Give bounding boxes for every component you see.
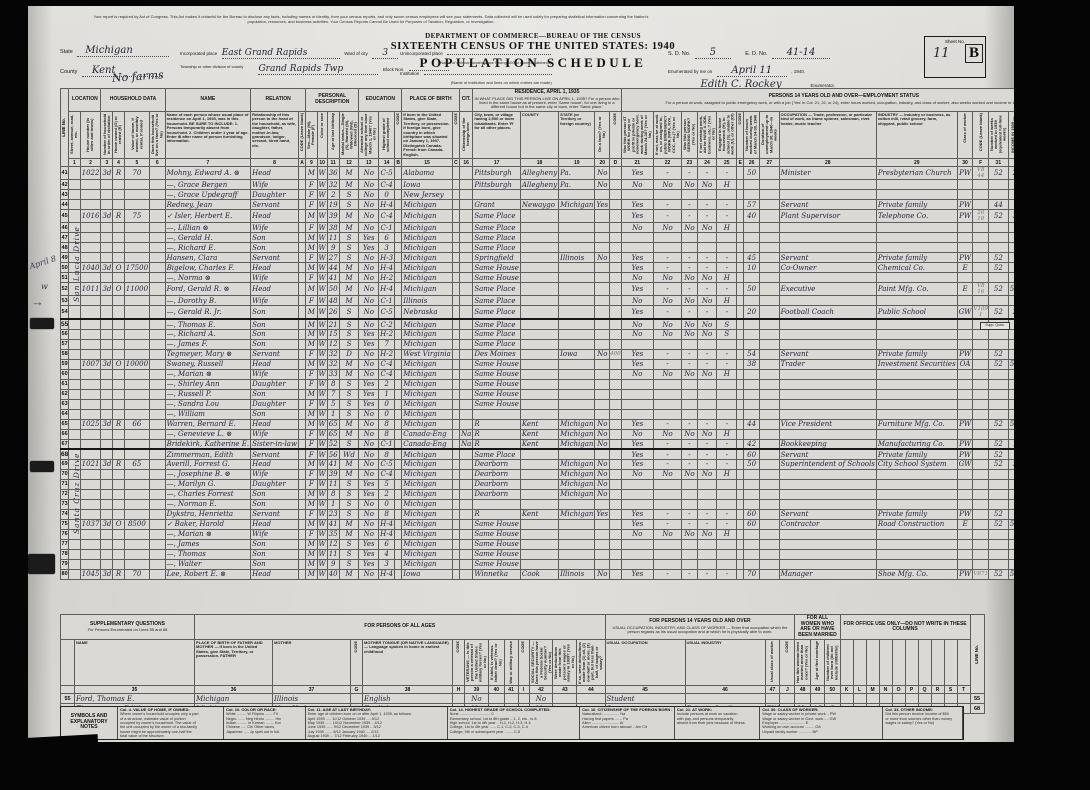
cell	[150, 459, 166, 469]
cell	[957, 469, 973, 479]
cell: No	[682, 319, 698, 329]
cell: Same Place	[473, 319, 521, 329]
cell: W	[317, 369, 327, 379]
cell: S	[339, 409, 359, 419]
cell	[595, 529, 610, 539]
cell: Paint Mfg. Co.	[876, 283, 957, 296]
cell	[298, 339, 305, 349]
cell: F	[306, 180, 317, 190]
cell	[460, 449, 473, 459]
cell: Head	[251, 359, 299, 369]
cell	[759, 200, 779, 210]
cell	[298, 519, 305, 529]
table-row: 46—, Lillian ⊗WifeFW38MNoC-1MichiganSame…	[61, 223, 1075, 233]
cell	[759, 459, 779, 469]
cell	[298, 539, 305, 549]
cell: Yes	[621, 349, 653, 359]
cell	[150, 449, 166, 459]
cell: 49	[61, 253, 69, 263]
table-row: 8010453dR70Lee, Robert E. ⊗HeadMW40MNoH-…	[61, 569, 1075, 579]
cell	[957, 243, 973, 253]
cell: S	[339, 439, 359, 449]
cell	[559, 549, 595, 559]
cell: V8 44	[973, 167, 988, 180]
cell: W	[317, 479, 327, 489]
cell: 52	[988, 210, 1008, 223]
cell: -	[653, 569, 681, 579]
cell: S	[339, 339, 359, 349]
cell	[101, 379, 113, 389]
table-row: 55Ford, Thomas E.MichiganIllinoisEnglish…	[61, 694, 985, 704]
cell	[973, 389, 988, 399]
cell	[759, 253, 779, 263]
cell: Same Place	[473, 329, 521, 339]
cell	[759, 389, 779, 399]
cell: M	[339, 519, 359, 529]
column-description: Highest grade of school completed	[379, 111, 395, 159]
cell: W	[317, 253, 327, 263]
cell: Bookkeeping	[779, 439, 876, 449]
cell: No	[697, 529, 717, 539]
cell: No	[621, 469, 653, 479]
cell	[80, 469, 101, 479]
cell	[759, 429, 779, 439]
cell: M	[306, 359, 317, 369]
cell: -	[682, 509, 698, 519]
cell: Michigan	[402, 469, 453, 479]
column-description: Age at last birthday	[327, 111, 339, 159]
note-line: Unpaid family worker ............ NP	[762, 730, 880, 734]
cell: H	[717, 223, 737, 233]
cell	[80, 296, 101, 306]
cell	[876, 469, 957, 479]
cell: Head	[251, 210, 299, 223]
cell	[779, 539, 876, 549]
cell: 35	[327, 529, 339, 539]
cell: 56	[327, 449, 339, 459]
cell	[595, 519, 610, 529]
cell	[759, 329, 779, 339]
cell: -	[717, 569, 737, 579]
cell	[744, 409, 760, 419]
cell: 46	[61, 223, 69, 233]
column-description: Number of household in order of visitati…	[101, 111, 113, 159]
cell: 52	[988, 263, 1008, 273]
cell	[744, 389, 760, 399]
cell: -	[653, 419, 681, 429]
cell: 23	[327, 509, 339, 519]
column-number: 18	[520, 159, 558, 167]
cell: 8500	[124, 519, 149, 529]
cell: F	[306, 200, 317, 210]
table-row: 57—, James F.SonMW12SYes7MichiganSame Pl…	[61, 339, 1075, 349]
column-description: City, town, or village having 2,500 or m…	[473, 111, 521, 159]
cell	[577, 694, 605, 704]
cell	[452, 419, 459, 429]
cell	[876, 429, 957, 439]
cell	[113, 200, 124, 210]
cell	[973, 539, 988, 549]
cell	[682, 190, 698, 200]
cell: S	[339, 479, 359, 489]
cell: R	[473, 419, 521, 429]
cell: 10000	[124, 359, 149, 369]
cell	[737, 200, 744, 210]
cell: GW	[957, 306, 973, 320]
cell	[113, 559, 124, 569]
cell: W	[317, 389, 327, 399]
cell	[124, 499, 149, 509]
cell: No	[653, 296, 681, 306]
cell	[779, 243, 876, 253]
cell: H-3	[379, 253, 395, 263]
cell	[559, 559, 595, 569]
table-row: 6910213dR65Averill, Forrest G.HeadMW41MN…	[61, 459, 1075, 469]
cell	[610, 200, 622, 210]
state-field: State Michigan	[60, 40, 169, 58]
cell: 40	[327, 569, 339, 579]
cell: 3d	[101, 210, 113, 223]
cell	[460, 283, 473, 296]
cell: H-4	[379, 519, 395, 529]
cell: S	[717, 319, 737, 329]
cell: M	[306, 263, 317, 273]
table-row: 42—, Grace BergenWifeFW32MNoC-4IowaPitts…	[61, 180, 1075, 190]
cell	[744, 329, 760, 339]
cell	[973, 419, 988, 429]
cell: PW	[957, 200, 973, 210]
cell	[101, 489, 113, 499]
cell: 72	[61, 489, 69, 499]
column-description: MOTHER TONGUE (OR NATIVE LANGUAGE) — Lan…	[363, 640, 453, 686]
cell: 70	[61, 469, 69, 479]
cell: 8	[327, 379, 339, 389]
cell: —, Lillian ⊗	[165, 223, 251, 233]
cell: 58	[61, 349, 69, 359]
cell: No	[359, 439, 379, 449]
cell: Same House	[473, 519, 521, 529]
cell	[298, 223, 305, 233]
cell	[150, 200, 166, 210]
cell	[737, 359, 744, 369]
cell: Michigan	[402, 223, 453, 233]
cell	[150, 167, 166, 180]
cell: 39	[327, 210, 339, 223]
cell	[395, 389, 402, 399]
cell: S	[339, 549, 359, 559]
cell	[150, 489, 166, 499]
cell	[150, 509, 166, 519]
cell: 52	[988, 419, 1008, 429]
column-description: Duration of unemployment up to March 30,…	[759, 111, 779, 159]
table-row: 60—, Marian ⊗WifeFW33MNoC-4MichiganSame …	[61, 369, 1075, 379]
column-number: O	[892, 686, 905, 694]
cell: W	[317, 263, 327, 273]
cell	[559, 409, 595, 419]
cell: W	[317, 449, 327, 459]
cell: Iowa	[402, 569, 453, 579]
cell: Private family	[876, 509, 957, 519]
cell	[460, 509, 473, 519]
cell: —, Charles Forrest	[165, 489, 251, 499]
cell	[460, 233, 473, 243]
cell	[559, 539, 595, 549]
cell	[452, 200, 459, 210]
cell: 1	[327, 499, 339, 509]
cell	[460, 379, 473, 389]
cell	[610, 399, 622, 409]
cell: Manager	[779, 569, 876, 579]
cell	[69, 167, 80, 180]
cell	[988, 329, 1008, 339]
cell	[621, 339, 653, 349]
cell: No	[595, 429, 610, 439]
cell	[559, 399, 595, 409]
cell	[653, 389, 681, 399]
cell: No	[359, 419, 379, 429]
cell: Michigan	[402, 449, 453, 459]
cell	[973, 339, 988, 349]
cell: S	[339, 539, 359, 549]
table-row: 74Dykstra, HenriettaServantFW23SNo8Michi…	[61, 509, 1075, 519]
margin-stamp-bottom	[28, 554, 55, 574]
cell	[621, 243, 653, 253]
cell: -	[653, 439, 681, 449]
cell: 8	[327, 489, 339, 499]
cell: 52	[61, 283, 69, 296]
cell: Student	[605, 694, 685, 704]
cell: 0	[379, 399, 395, 409]
cell	[298, 233, 305, 243]
institution-note: (Name of institution and lines on which …	[400, 80, 552, 85]
cell	[973, 253, 988, 263]
cell: W	[317, 283, 327, 296]
cell	[395, 200, 402, 210]
cell	[124, 529, 149, 539]
cell: 3d	[101, 519, 113, 529]
cell	[298, 429, 305, 439]
cell: No	[621, 273, 653, 283]
cell: W	[317, 233, 327, 243]
cell: No	[595, 459, 610, 469]
cell	[717, 389, 737, 399]
note-box: Col. 30. CLASS OF WORKER:Wage or salary …	[760, 707, 883, 739]
cell	[988, 180, 1008, 190]
cell: H-4	[379, 200, 395, 210]
cell: —, Gerald H.	[165, 233, 251, 243]
cell	[395, 223, 402, 233]
cell: 8	[379, 429, 395, 439]
cell: 52	[988, 253, 1008, 263]
cell	[595, 549, 610, 559]
column-number: N	[879, 686, 892, 694]
cell: No	[653, 180, 681, 190]
ed-value: 41-14	[772, 47, 830, 59]
cell	[610, 369, 622, 379]
cell: 3	[379, 559, 395, 569]
cell	[150, 180, 166, 190]
cell: Same House	[473, 379, 521, 389]
cell: No	[359, 190, 379, 200]
cell: Yes	[359, 549, 379, 559]
cell	[744, 559, 760, 569]
cell	[744, 296, 760, 306]
cell	[113, 180, 124, 190]
cell	[892, 694, 905, 704]
cell	[759, 263, 779, 273]
cell: -	[717, 283, 737, 296]
cell	[595, 539, 610, 549]
cell	[124, 549, 149, 559]
cell	[779, 429, 876, 439]
cell: 41	[327, 519, 339, 529]
cell: O	[113, 359, 124, 369]
cell: M	[306, 319, 317, 329]
cell	[759, 439, 779, 449]
cell	[610, 539, 622, 549]
cell: Yes	[359, 339, 379, 349]
cell: H	[717, 273, 737, 283]
cell	[973, 200, 988, 210]
cell	[559, 319, 595, 329]
cell	[452, 379, 459, 389]
cell: W	[317, 190, 327, 200]
cell: 44	[988, 200, 1008, 210]
column-description	[918, 640, 931, 686]
cell	[682, 549, 698, 559]
cell	[653, 559, 681, 569]
cell	[653, 539, 681, 549]
cell: Michigan	[195, 694, 273, 704]
cell	[559, 389, 595, 399]
cell	[595, 499, 610, 509]
cell	[80, 389, 101, 399]
table-row: 78—, ThomasSonMW11SYes4MichiganSame Hous…	[61, 549, 1075, 559]
cell: No	[621, 296, 653, 306]
cell	[876, 273, 957, 283]
cell	[737, 210, 744, 223]
cell: PW	[957, 253, 973, 263]
cell	[113, 399, 124, 409]
cell	[460, 549, 473, 559]
cell	[717, 379, 737, 389]
cell	[298, 479, 305, 489]
cell: 32	[327, 180, 339, 190]
column-number: 15	[402, 159, 453, 167]
cell: No	[682, 180, 698, 190]
cell: Head	[251, 519, 299, 529]
cell	[298, 359, 305, 369]
cell: -	[653, 306, 681, 320]
column-description: Number of children ever born (do not inc…	[824, 640, 840, 686]
cell: C-4	[379, 369, 395, 379]
cell: V871	[973, 569, 988, 579]
column-description	[853, 640, 866, 686]
cell	[595, 559, 610, 569]
cell: 70	[124, 167, 149, 180]
cell	[395, 339, 402, 349]
cell: 41	[61, 167, 69, 180]
cell: Wd	[339, 449, 359, 459]
cell	[595, 319, 610, 329]
cell	[101, 253, 113, 263]
cell: 64	[61, 409, 69, 419]
cell: M	[306, 419, 317, 429]
cell	[460, 319, 473, 329]
cell	[744, 399, 760, 409]
cell	[879, 694, 892, 704]
cell: Tegmeyer, Mary ⊗	[165, 349, 251, 359]
cell: Lee, Robert E. ⊗	[165, 569, 251, 579]
cell	[610, 449, 622, 459]
cell: 52	[988, 439, 1008, 449]
cell: 0	[379, 409, 395, 419]
cell	[853, 694, 866, 704]
cell: S	[339, 509, 359, 519]
cell: R	[113, 167, 124, 180]
cell	[988, 369, 1008, 379]
cell: Illinois	[559, 569, 595, 579]
cell: 52	[988, 569, 1008, 579]
supplementary-flag: Supp. Ques.	[980, 322, 1010, 330]
cell: 75	[61, 519, 69, 529]
cell	[150, 296, 166, 306]
cell	[876, 329, 957, 339]
cell: Head	[251, 459, 299, 469]
cell	[80, 509, 101, 519]
column-description: OCCUPATION — Trade, profession, or parti…	[779, 111, 876, 159]
cell: -	[717, 519, 737, 529]
cell: -	[697, 519, 717, 529]
cell: H	[717, 529, 737, 539]
cell	[779, 409, 876, 419]
cell	[150, 349, 166, 359]
column-description: Engaged in home housework (H), in school…	[717, 111, 737, 159]
cell	[682, 539, 698, 549]
column-number: 41	[504, 686, 518, 694]
cell: -	[682, 306, 698, 320]
cell: No	[682, 369, 698, 379]
cell: M	[339, 283, 359, 296]
cell: No	[653, 369, 681, 379]
cell	[520, 409, 558, 419]
cell	[395, 469, 402, 479]
cell	[737, 429, 744, 439]
cell	[101, 349, 113, 359]
cell	[737, 167, 744, 180]
cell	[460, 180, 473, 190]
cell	[744, 190, 760, 200]
cell: Winnetka	[473, 569, 521, 579]
cell: No	[653, 319, 681, 329]
column-number: S	[944, 686, 957, 694]
cell	[737, 379, 744, 389]
cell: 5	[327, 399, 339, 409]
cell	[653, 399, 681, 409]
cell	[460, 499, 473, 509]
sd-field: S. D. No. 5 E. D. No. 41-14	[668, 42, 830, 60]
cell: -	[717, 349, 737, 359]
cell: 52	[988, 359, 1008, 369]
cell: M	[306, 233, 317, 243]
cell	[298, 379, 305, 389]
cell	[452, 539, 459, 549]
column-description: COUNTY	[520, 111, 558, 159]
cell: GW	[957, 459, 973, 469]
sheet-value: 11	[933, 46, 950, 61]
column-number: 35	[75, 686, 195, 694]
cell: No	[621, 180, 653, 190]
